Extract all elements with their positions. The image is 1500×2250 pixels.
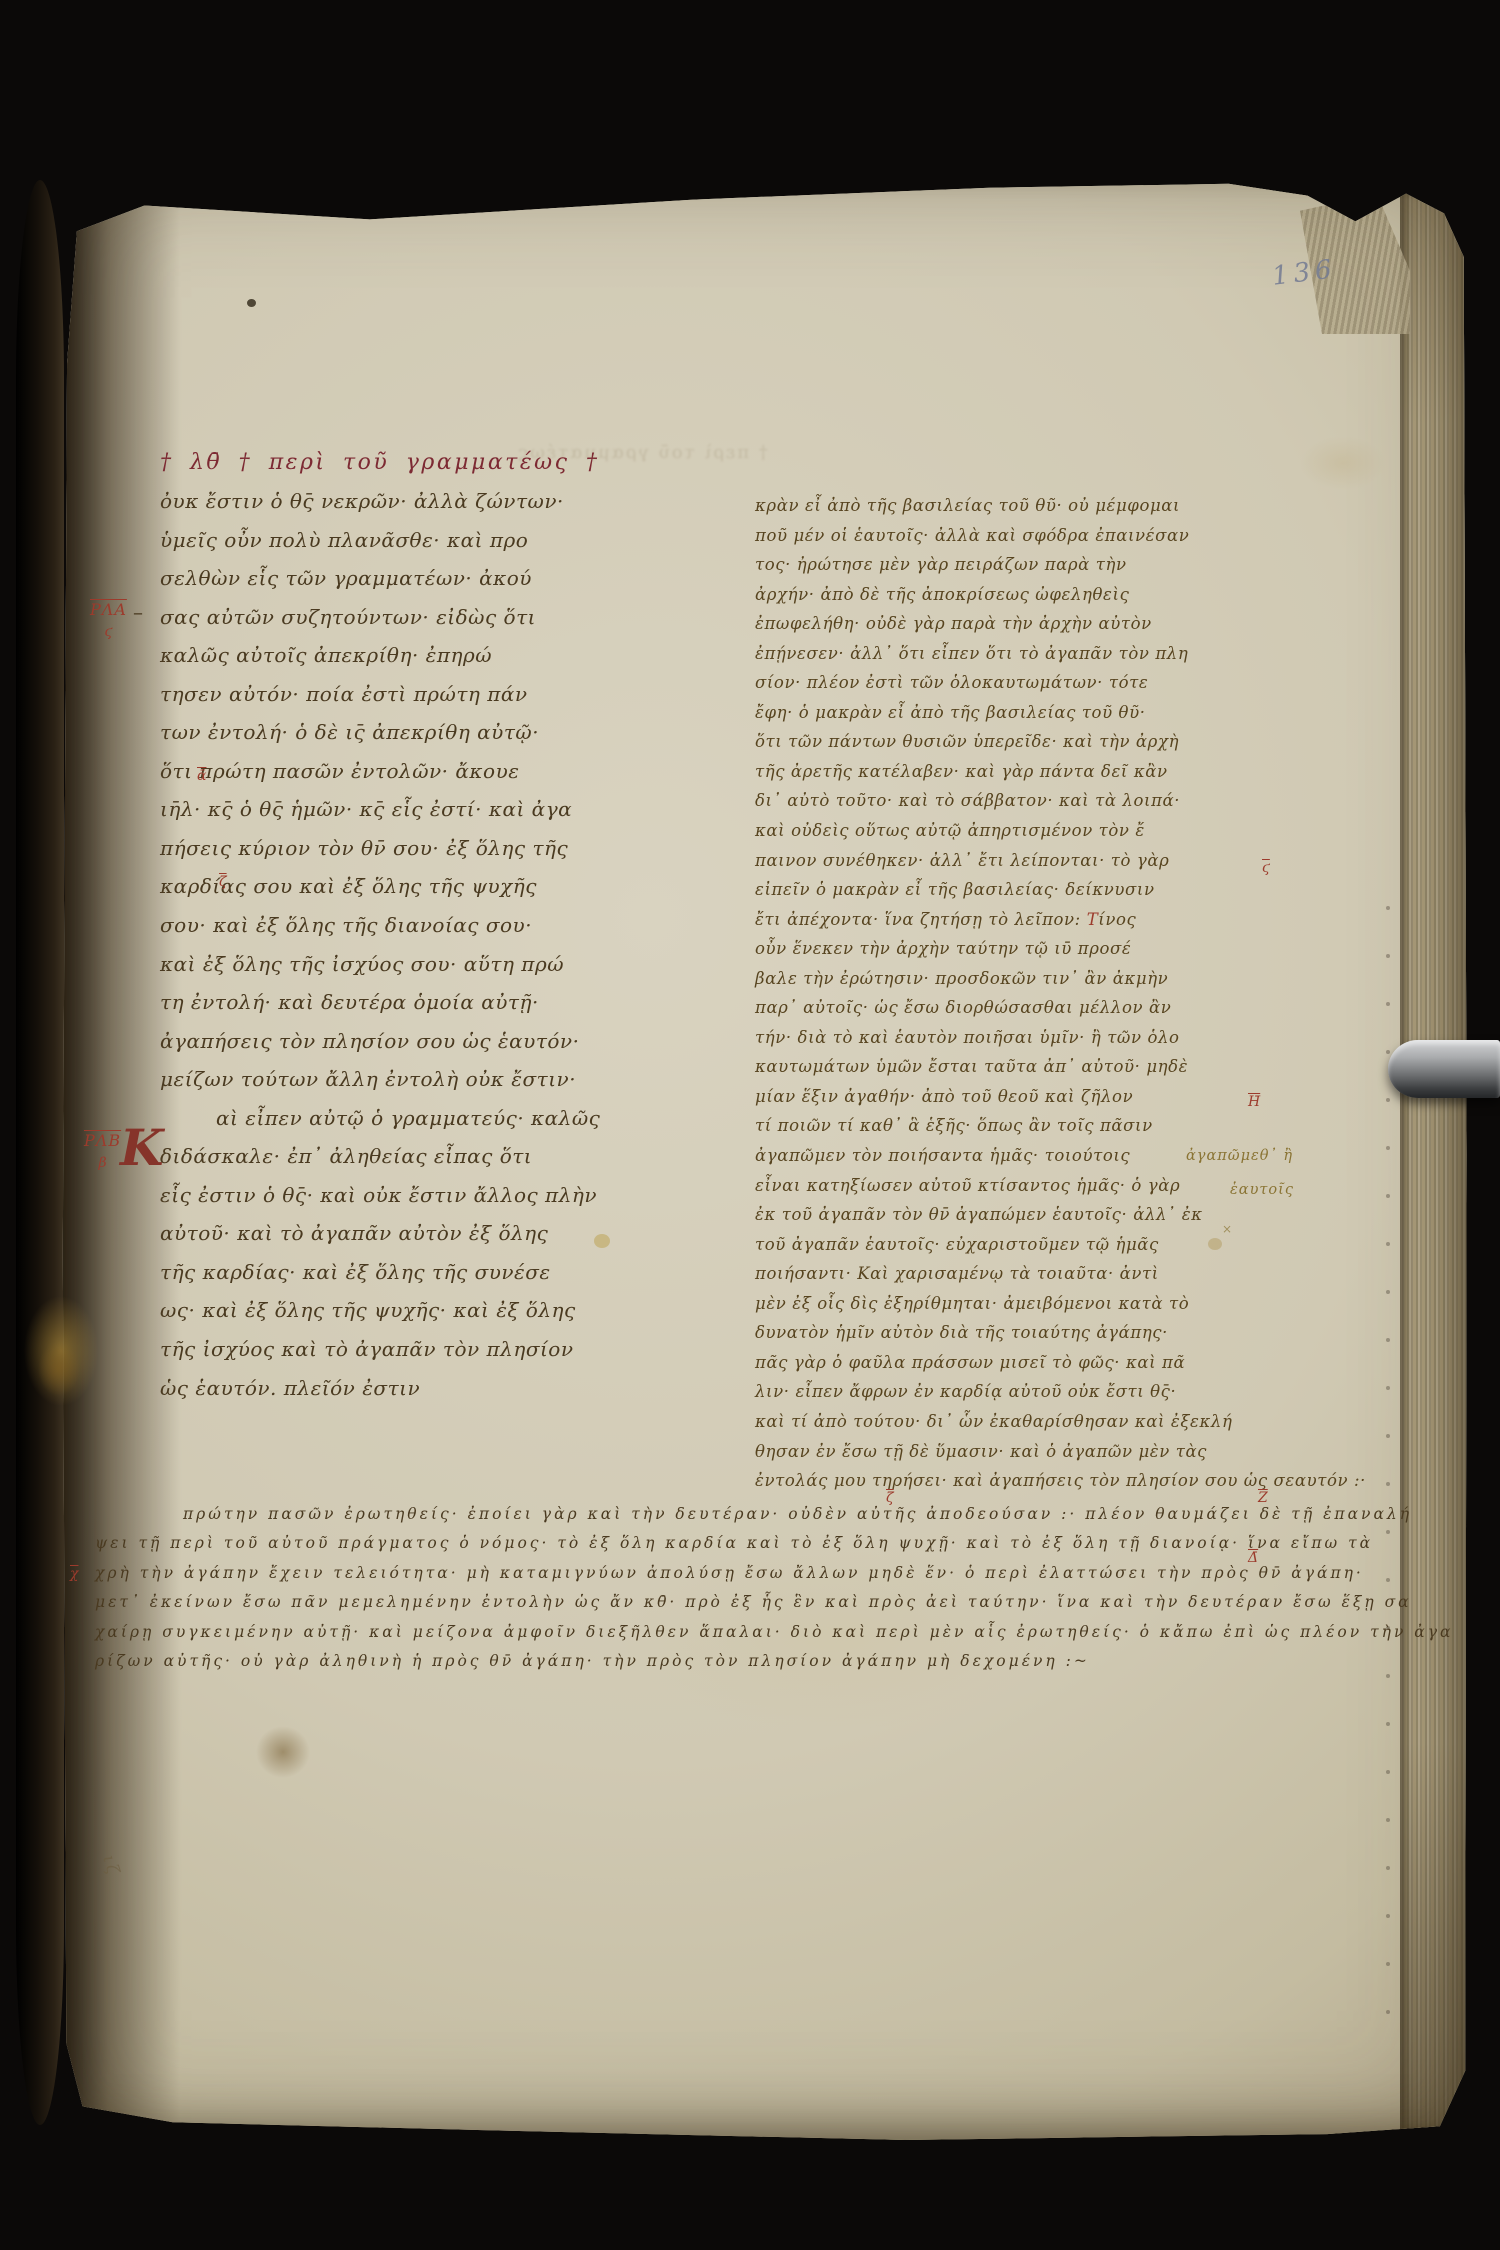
gospel-line: τη ἐντολή· καὶ δευτέρα ὁμοία αὐτῇ· [160, 990, 530, 1029]
chapter-heading: † λθ̄ † περὶ τοῦ γραμματέως † [160, 450, 599, 475]
commentary-line: δυνατὸν ἡμῖν αὐτὸν διὰ τῆς τοιαύτης ἀγάπ… [755, 1323, 1200, 1353]
heading-title: περὶ τοῦ γραμματέως [269, 450, 570, 475]
margin-letter: Ζ [1258, 1490, 1268, 1506]
margin-letter: ᾱ [197, 768, 206, 784]
commentary-line: τοῦ ἀγαπᾶν ἑαυτοῖς· εὐχαριστοῦμεν τῷ ἡμᾶ… [755, 1235, 1200, 1265]
commentary-line: ἀρχήν· ἀπὸ δὲ τῆς ἀποκρίσεως ὠφεληθεὶς [755, 585, 1200, 615]
commentary-line: ἐκ τοῦ ἀγαπᾶν τὸν θν̄ ἀγαπώμεν ἑαυτοῖς· … [755, 1205, 1200, 1235]
commentary-line: ἐπωφελήθη· οὐδὲ γὰρ παρὰ τὴν ἀρχὴν αὐτὸν [755, 614, 1200, 644]
gospel-line: σου· καὶ ἐξ ὅλης τῆς διανοίας σου· [160, 913, 530, 952]
section-number: ΡΛΑ [90, 602, 127, 619]
scholia-line: χαίρῃ συγκειμένην αὐτῇ· καὶ μείζονα ἀμφο… [95, 1623, 1255, 1652]
commentary-line: τήν· διὰ τὸ καὶ ἑαυτὸν ποιῆσαι ὑμῖν· ἢ τ… [755, 1028, 1200, 1058]
footer-scholia: πρώτην πασῶν ἐρωτηθείς· ἐποίει γὰρ καὶ τ… [95, 1505, 1255, 1681]
gospel-line: τῆς καρδίας· καὶ ἐξ ὅλης τῆς συνέσε [160, 1260, 530, 1299]
commentary-line: παρ᾽ αὐτοῖς· ὡς ἔσω διορθώσασθαι μέλλον … [755, 998, 1200, 1028]
commentary-line: θησαν ἐν ἔσω τῇ δὲ ὕμασιν· καὶ ὁ ἀγαπῶν … [755, 1442, 1200, 1472]
commentary-line: ποῦ μέν οἱ ἑαυτοῖς· ἀλλὰ καὶ σφόδρα ἐπαι… [755, 526, 1200, 556]
commentary-line: τί ποιῶν τί καθ᾽ ἃ ἑξῆς· ὅπως ἂν τοῖς πᾶ… [755, 1116, 1200, 1146]
commentary-line: οὖν ἕνεκεν τὴν ἀρχὴν ταύτην τῷ ιῡ προσέ [755, 939, 1200, 969]
gospel-line: ὑμεῖς οὖν πολὺ πλανᾶσθε· καὶ προ [160, 528, 530, 567]
page-holder-rod [1388, 1040, 1500, 1098]
commentary-line: βαλε τὴν ἐρώτησιν· προσδοκῶν τιν᾽ ἂν ἀκμ… [755, 969, 1200, 999]
commentary-line: παινον συνέθηκεν· ἀλλ᾽ ἔτι λείπονται· τὸ… [755, 851, 1200, 881]
commentary-line: σίον· πλέον ἐστὶ τῶν ὁλοκαυτωμάτων· τότε [755, 673, 1200, 703]
commentary-line: τος· ἠρώτησε μὲν γὰρ πειράζων παρὰ τὴν [755, 555, 1200, 585]
gospel-line: ὅτι πρώτη πασῶν ἐντολῶν· ἄκουε [160, 759, 530, 798]
commentary-line: ἐντολάς μου τηρήσει· καὶ ἀγαπήσεις τὸν π… [755, 1471, 1200, 1501]
commentary-line: εἰπεῖν ὁ μακρὰν εἶ τῆς βασιλείας· δείκνυ… [755, 880, 1200, 910]
scholia-line: πρώτην πασῶν ἐρωτηθείς· ἐποίει γὰρ καὶ τ… [95, 1505, 1255, 1534]
paragraphos-dash: – [133, 600, 143, 624]
gospel-line: των ἐντολή· ὁ δὲ ις̄ ἀπεκρίθη αὐτῷ· [160, 720, 530, 759]
canon-number: β [84, 1156, 121, 1171]
commentary-line: ἔτι ἀπέχοντα· ἵνα ζητήσῃ τὸ λεῖπον: Τίνο… [755, 910, 1200, 940]
gloss-mark: × [1222, 1222, 1232, 1236]
commentary-line: καὶ οὐδεὶς οὕτως αὐτῷ ἀπηρτισμένον τὸν ἔ [755, 821, 1200, 851]
gospel-line: εἷς ἐστιν ὁ θς̄· καὶ οὐκ ἔστιν ἄλλος πλὴ… [160, 1183, 530, 1222]
scholia-line: ψει τῇ περὶ τοῦ αὐτοῦ πράγματος ὁ νόμος·… [95, 1534, 1255, 1563]
gospel-line: ἀγαπήσεις τὸν πλησίον σου ὡς ἑαυτόν· [160, 1029, 530, 1068]
gospel-line: ως· καὶ ἐξ ὅλης τῆς ψυχῆς· καὶ ἐξ ὅλης [160, 1298, 530, 1337]
margin-letter: χ [70, 1566, 78, 1582]
gospel-line: καὶ ἐξ ὅλης τῆς ἰσχύος σου· αὕτη πρώ [160, 952, 530, 991]
commentary-line: κρὰν εἶ ἀπὸ τῆς βασιλείας τοῦ θῦ· οὐ μέμ… [755, 496, 1200, 526]
gospel-line: μείζων τούτων ἄλλη ἐντολὴ οὐκ ἔστιν· [160, 1067, 530, 1106]
scholia-line: μετ᾽ ἐκείνων ἔσω πᾶν μεμελημένην ἐντολὴν… [95, 1593, 1255, 1622]
commentary-line: μὲν ἐξ οἷς δὶς ἐξηρίθμηται· ἀμειβόμενοι … [755, 1294, 1200, 1324]
commentary-line: τῆς ἀρετῆς κατέλαβεν· καὶ γὰρ πάντα δεῖ … [755, 762, 1200, 792]
gospel-line: τῆς ἰσχύος καὶ τὸ ἀγαπᾶν τὸν πλησίον [160, 1337, 530, 1376]
commentary-line: πᾶς γὰρ ὁ φαῦλα πράσσων μισεῖ τὸ φῶς· κα… [755, 1353, 1200, 1383]
commentary-line: ἐπῄνεσεν· ἀλλ᾽ ὅτι εἶπεν ὅτι τὸ ἀγαπᾶν τ… [755, 644, 1200, 674]
scholia-line: ρίζων αὐτῆς· οὐ γὰρ ἀληθινὴ ἡ πρὸς θν̄ ἀ… [95, 1652, 1255, 1681]
folio-number: 136 [1270, 254, 1338, 292]
commentary-line: ἀγαπῶμεν τὸν ποιήσαντα ἡμᾶς· τοιούτοις [755, 1146, 1200, 1176]
ammonian-section-132: ΡΛΒ β [84, 1133, 121, 1170]
commentary-line: ποιήσαντι· Καὶ χαρισαμένῳ τὰ τοιαῦτα· ἀν… [755, 1264, 1200, 1294]
scholia-line: χρὴ τὴν ἀγάπην ἔχειν τελειότητα· μὴ κατα… [95, 1564, 1255, 1593]
quire-mark: ιζ [98, 1853, 124, 1880]
commentary-line: καυτωμάτων ὑμῶν ἔσται ταῦτα ἀπ᾽ αὐτοῦ· μ… [755, 1057, 1200, 1087]
gospel-line: πήσεις κύριον τὸν θν̄ σου· ἐξ ὅλης τῆς [160, 836, 530, 875]
canon-number: ϛ [90, 625, 127, 640]
commentary-column: κρὰν εἶ ἀπὸ τῆς βασιλείας τοῦ θῦ· οὐ μέμ… [755, 496, 1200, 1501]
commentary-line: εἶναι κατηξίωσεν αὐτοῦ κτίσαντος ἡμᾶς· ὁ… [755, 1176, 1200, 1206]
gospel-line: διδάσκαλε· ἐπ᾽ ἀληθείας εἶπας ὅτι [160, 1144, 530, 1183]
drop-initial: Κ [120, 1118, 163, 1177]
commentary-line: δι᾽ αὐτὸ τοῦτο· καὶ τὸ σάββατον· καὶ τὰ … [755, 791, 1200, 821]
gospel-line: καλῶς αὐτοῖς ἀπεκρίθη· ἐπηρώ [160, 643, 530, 682]
gospel-line: καρδίας σου καὶ ἐξ ὅλης τῆς ψυχῆς [160, 874, 530, 913]
commentary-line: ὅτι τῶν πάντων θυσιῶν ὑπερεῖδε· καὶ τὴν … [755, 732, 1200, 762]
gospel-line: αὶ εἶπεν αὐτῷ ὁ γραμματεύς· καλῶς [160, 1106, 530, 1145]
section-number: ΡΛΒ [84, 1133, 121, 1150]
gospel-line: ὡς ἑαυτόν. πλεῖόν ἐστιν [160, 1376, 530, 1415]
commentary-line: καὶ τί ἀπὸ τούτου· δι᾽ ὧν ἐκαθαρίσθησαν … [755, 1412, 1200, 1442]
commentary-line: μίαν ἕξιν ἀγαθήν· ἀπὸ τοῦ θεοῦ καὶ ζῆλον [755, 1087, 1200, 1117]
gospel-line: ὀυκ ἔστιν ὁ θς̄ νεκρῶν· ἀλλὰ ζώντων· [160, 489, 530, 528]
gospel-line: αὐτοῦ· καὶ τὸ ἀγαπᾶν αὐτὸν ἐξ ὅλης [160, 1221, 530, 1260]
gospel-line: σελθὼν εἷς τῶν γραμματέων· ἀκού [160, 566, 530, 605]
margin-letter: Η̄ [1248, 1094, 1260, 1110]
margin-letter: ϛ [1262, 860, 1270, 876]
heading-cross-suffix: † [586, 450, 600, 475]
page-text-layer: 136 † περὶ τοῦ γραμματέως † λθ̄ † περὶ τ… [0, 0, 1500, 2250]
photograph-backdrop: 136 † περὶ τοῦ γραμματέως † λθ̄ † περὶ τ… [0, 0, 1500, 2250]
gospel-line: σας αὐτῶν συζητούντων· εἰδὼς ὅτι [160, 605, 530, 644]
ammonian-section-131: ΡΛΑ ϛ [90, 602, 127, 639]
margin-letter: ζ̄ [219, 874, 227, 890]
commentary-line: ἔφη· ὁ μακρὰν εἶ ἀπὸ τῆς βασιλείας τοῦ θ… [755, 703, 1200, 733]
heading-cross-prefix: † λθ̄ † [160, 450, 252, 475]
gloss-line: ἑαυτοῖς [1186, 1182, 1294, 1216]
gospel-line: ιη̄λ· κς̄ ὁ θς̄ ἡμῶν· κς̄ εἷς ἐστί· καὶ … [160, 797, 530, 836]
marginal-gloss: ἀγαπῶμεθ᾽ ἢἑαυτοῖς [1186, 1148, 1294, 1216]
gospel-text-column: ὀυκ ἔστιν ὁ θς̄ νεκρῶν· ἀλλὰ ζώντων·ὑμεῖ… [160, 489, 530, 1414]
gospel-line: τησεν αὐτόν· ποία ἐστὶ πρώτη πάν [160, 682, 530, 721]
margin-letter: ζ̄ [886, 1490, 894, 1506]
commentary-line: λιν· εἶπεν ἄφρων ἐν καρδίᾳ αὐτοῦ οὐκ ἔστ… [755, 1382, 1200, 1412]
gloss-line: ἀγαπῶμεθ᾽ ἢ [1186, 1148, 1294, 1182]
